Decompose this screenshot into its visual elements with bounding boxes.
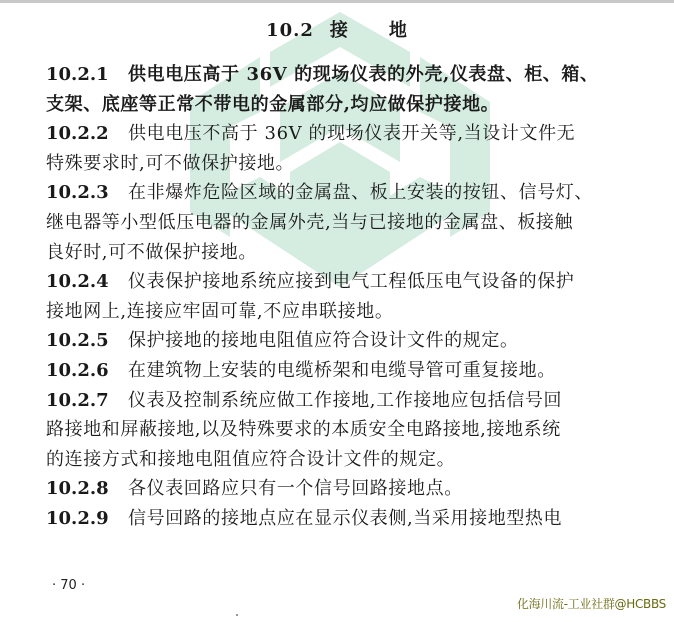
clause-10-2-3-line-1: 10.2.3在非爆炸危险区域的金属盘、板上安装的按钮、信号灯、	[46, 178, 646, 208]
clause-number: 10.2.8	[46, 474, 128, 504]
clause-number: 10.2.4	[46, 267, 128, 297]
clause-10-2-6-line-1: 10.2.6在建筑物上安装的电缆桥架和电缆导管可重复接地。	[46, 356, 646, 386]
clause-number: 10.2.7	[46, 386, 128, 416]
section-title: 10.2接地	[0, 16, 674, 42]
clause-10-2-7-line-1: 10.2.7仪表及控制系统应做工作接地,工作接地应包括信号回	[46, 386, 646, 416]
clause-number: 10.2.9	[46, 504, 128, 534]
clause-number: 10.2.1	[46, 60, 128, 90]
section-number: 10.2	[266, 20, 314, 41]
clause-10-2-7-line-3: 的连接方式和接地电阻值应符合设计文件的规定。	[46, 445, 646, 475]
clause-number: 10.2.2	[46, 119, 128, 149]
clause-10-2-2-line-1: 10.2.2供电电压不高于 36V 的现场仪表开关等,当设计文件无	[46, 119, 646, 149]
clause-10-2-1-line-1: 10.2.1供电电压高于 36V 的现场仪表的外壳,仪表盘、柜、箱、	[46, 60, 646, 90]
clause-10-2-4-line-1: 10.2.4仪表保护接地系统应接到电气工程低压电气设备的保护	[46, 267, 646, 297]
section-title-part2: 地	[389, 20, 408, 41]
clause-list: 10.2.1供电电压高于 36V 的现场仪表的外壳,仪表盘、柜、箱、 支架、底座…	[46, 60, 646, 534]
clause-10-2-9-line-1: 10.2.9信号回路的接地点应在显示仪表侧,当采用接地型热电	[46, 504, 646, 534]
clause-number: 10.2.5	[46, 326, 128, 356]
document-page: 10.2接地 10.2.1供电电压高于 36V 的现场仪表的外壳,仪表盘、柜、箱…	[0, 0, 674, 622]
clause-10-2-4-line-2: 接地网上,连接应牢固可靠,不应串联接地。	[46, 297, 646, 327]
clause-10-2-7-line-2: 路接地和屏蔽接地,以及特殊要求的本质安全电路接地,接地系统	[46, 415, 646, 445]
clause-number: 10.2.3	[46, 178, 128, 208]
clause-number: 10.2.6	[46, 356, 128, 386]
section-title-part1: 接	[330, 20, 349, 41]
clause-10-2-8-line-1: 10.2.8各仪表回路应只有一个信号回路接地点。	[46, 474, 646, 504]
clause-10-2-3-line-3: 良好时,可不做保护接地。	[46, 238, 646, 268]
page-number: · 70 ·	[52, 578, 85, 593]
clause-10-2-1-line-2: 支架、底座等正常不带电的金属部分,均应做保护接地。	[46, 90, 646, 120]
scan-speck	[236, 614, 238, 616]
clause-10-2-5-line-1: 10.2.5保护接地的接地电阻值应符合设计文件的规定。	[46, 326, 646, 356]
clause-10-2-2-line-2: 特殊要求时,可不做保护接地。	[46, 149, 646, 179]
clause-10-2-3-line-2: 继电器等小型低压电器的金属外壳,当与已接地的金属盘、板接触	[46, 208, 646, 238]
source-credit-watermark: 化海川流-工业社群@HCBBS	[517, 595, 666, 612]
